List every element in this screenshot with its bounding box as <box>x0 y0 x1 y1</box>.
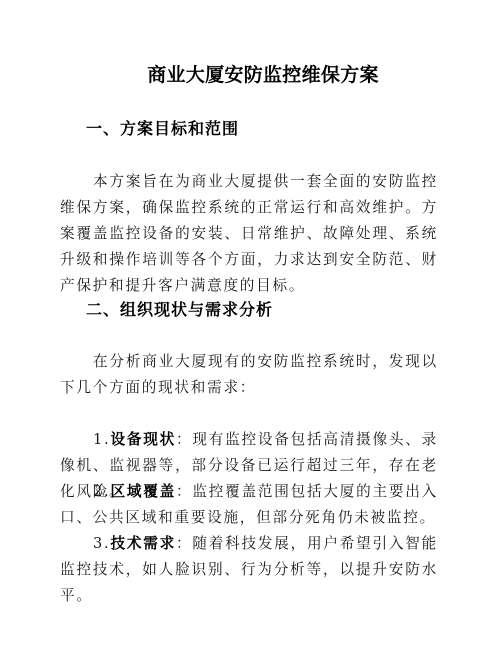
section-heading-1: 一、方案目标和范围 <box>86 118 239 140</box>
section-1-paragraph: 本方案旨在为商业大厦提供一套全面的安防监控维保方案，确保监控系统的正常运行和高效… <box>60 169 438 299</box>
section-heading-2: 二、组织现状与需求分析 <box>86 299 273 321</box>
list-item-2-number: 2. <box>93 483 110 500</box>
list-item-1-label: 设备现状 <box>110 431 176 448</box>
list-item-1-separator: ： <box>176 431 192 448</box>
list-item-3-separator: ： <box>176 535 192 552</box>
list-item-3-number: 3. <box>93 535 110 552</box>
document-title: 商业大厦安防监控维保方案 <box>0 62 500 88</box>
list-item-2-separator: ： <box>176 483 192 500</box>
document-page: 商业大厦安防监控维保方案 一、方案目标和范围 本方案旨在为商业大厦提供一套全面的… <box>0 0 500 647</box>
list-item-2-label: 区域覆盖 <box>110 483 176 500</box>
list-item-1-number: 1. <box>93 431 110 448</box>
list-item-3: 3.技术需求：随着科技发展，用户希望引入智能监控技术，如人脸识别、行为分析等，以… <box>60 531 438 609</box>
list-item-3-label: 技术需求 <box>110 535 176 552</box>
list-item-2: 2.区域覆盖：监控覆盖范围包括大厦的主要出入口、公共区域和重要设施，但部分死角仍… <box>60 479 438 531</box>
section-2-intro: 在分析商业大厦现有的安防监控系统时，发现以下几个方面的现状和需求： <box>60 349 438 401</box>
